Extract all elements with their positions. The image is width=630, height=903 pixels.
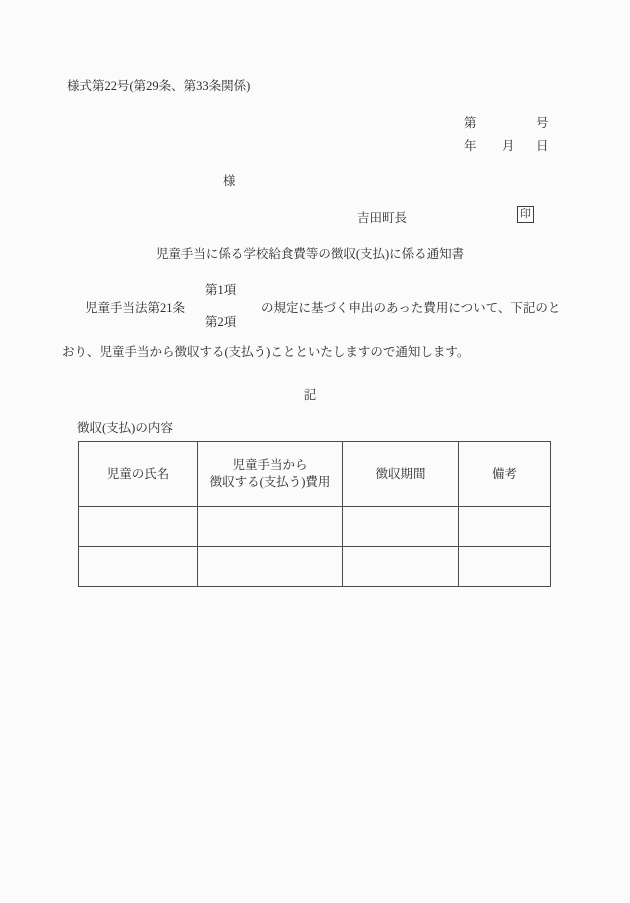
body-text-line2: おり、児童手当から徴収する(支払う)ことといたしますので通知します。 (62, 345, 469, 360)
record-marker: 記 (0, 388, 620, 403)
table-empty-cell (79, 547, 198, 587)
table-empty-row (79, 507, 551, 547)
header-cost-line2: 徴収する(支払う)費用 (198, 474, 342, 491)
header-cost-line1: 児童手当から (198, 457, 342, 474)
document-page: 様式第22号(第29条、第33条関係) 第 号 年 月 日 様 吉田町長 印 児… (0, 0, 630, 903)
table-empty-cell (198, 507, 343, 547)
doc-number-prefix: 第 (464, 116, 477, 131)
date-day-label: 日 (536, 139, 549, 154)
clause-option-2: 第2項 (205, 315, 236, 330)
issuer-name: 吉田町長 (357, 211, 407, 226)
table-header-row: 児童の氏名 児童手当から 徴収する(支払う)費用 徴収期間 備考 (79, 442, 551, 507)
law-reference: 児童手当法第21条 (85, 301, 185, 316)
clause-option-1: 第1項 (205, 283, 236, 298)
header-cost: 児童手当から 徴収する(支払う)費用 (198, 442, 343, 507)
header-remarks: 備考 (459, 442, 551, 507)
form-number: 様式第22号(第29条、第33条関係) (67, 79, 250, 94)
header-child-name: 児童の氏名 (79, 442, 198, 507)
table-empty-row (79, 547, 551, 587)
date-month-label: 月 (502, 139, 515, 154)
doc-number-suffix: 号 (536, 116, 549, 131)
date-year-label: 年 (464, 139, 477, 154)
table-empty-cell (343, 507, 459, 547)
table-empty-cell (79, 507, 198, 547)
body-text-after-clause: の規定に基づく申出のあった費用について、下記のと (261, 301, 560, 316)
table-empty-cell (198, 547, 343, 587)
seal-character: 印 (520, 209, 531, 220)
table-body (79, 507, 551, 587)
table-empty-cell (459, 507, 551, 547)
header-period: 徴収期間 (343, 442, 459, 507)
seal-mark: 印 (517, 206, 534, 223)
table-caption: 徴収(支払)の内容 (77, 421, 173, 436)
collection-table: 児童の氏名 児童手当から 徴収する(支払う)費用 徴収期間 備考 (78, 441, 551, 587)
addressee-honorific: 様 (223, 174, 236, 189)
document-title: 児童手当に係る学校給食費等の徴収(支払)に係る通知書 (0, 247, 620, 262)
table-empty-cell (459, 547, 551, 587)
table-empty-cell (343, 547, 459, 587)
